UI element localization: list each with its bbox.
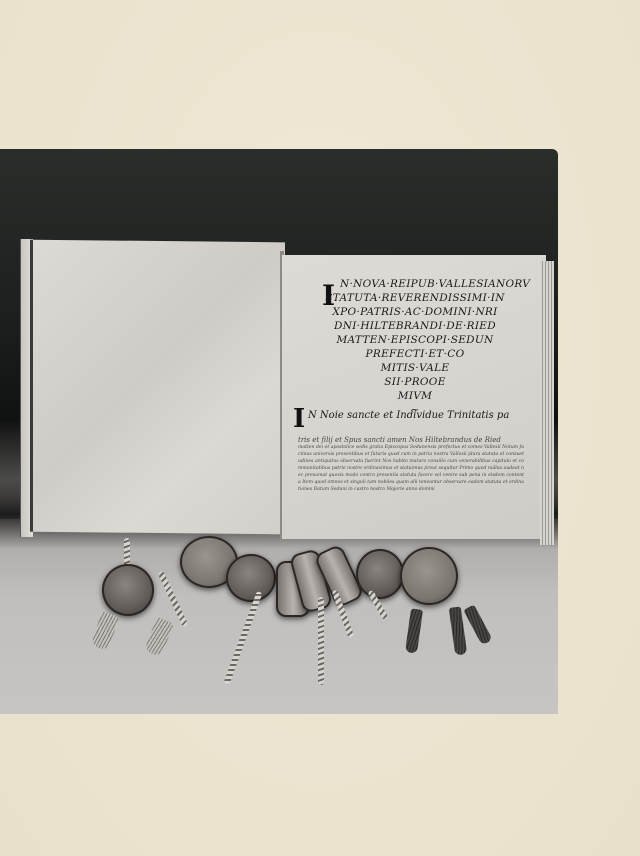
heading-line: XPO·PATRIS·AC·DOMINI·NRI — [300, 305, 530, 319]
body-paragraph: matten dei et apostolice sedis gratia Ep… — [298, 444, 524, 493]
body-text: tris et filij et Spus sancti amen Nos Hi… — [298, 436, 524, 493]
heading-line: STATUTA·REVERENDISSIMI·IN — [300, 291, 530, 305]
heading-line: N·NOVA·REIPUB·VALLESIANORV — [300, 277, 530, 291]
wax-seal — [102, 564, 154, 616]
wax-seal — [356, 549, 404, 599]
wax-seal — [226, 554, 276, 602]
right-page-stack — [540, 261, 554, 545]
body-second-line: tris et filij et Spus sancti amen Nos Hi… — [298, 436, 524, 444]
photograph — [0, 149, 558, 714]
heading-line: MITIS·VALE — [300, 361, 530, 375]
seal-cord — [318, 597, 324, 685]
wax-seal — [400, 547, 458, 605]
heading-line: SII·PROOE — [300, 375, 530, 389]
heading-line: MATTEN·EPISCOPI·SEDUN — [300, 333, 530, 347]
manuscript-heading: N·NOVA·REIPUB·VALLESIANORV STATUTA·REVER… — [300, 277, 530, 417]
heading-line: PREFECTI·ET·CO — [300, 347, 530, 361]
left-page-blank — [30, 240, 285, 535]
body-initial: I — [293, 404, 305, 434]
body-opening: N Noie sancte et Individue Trinitatis pa — [308, 409, 523, 422]
heading-line: MIVM — [300, 389, 530, 403]
heading-line: DNI·HILTEBRANDI·DE·RIED — [300, 319, 530, 333]
body-first-line: N Noie sancte et Individue Trinitatis pa — [308, 409, 523, 422]
